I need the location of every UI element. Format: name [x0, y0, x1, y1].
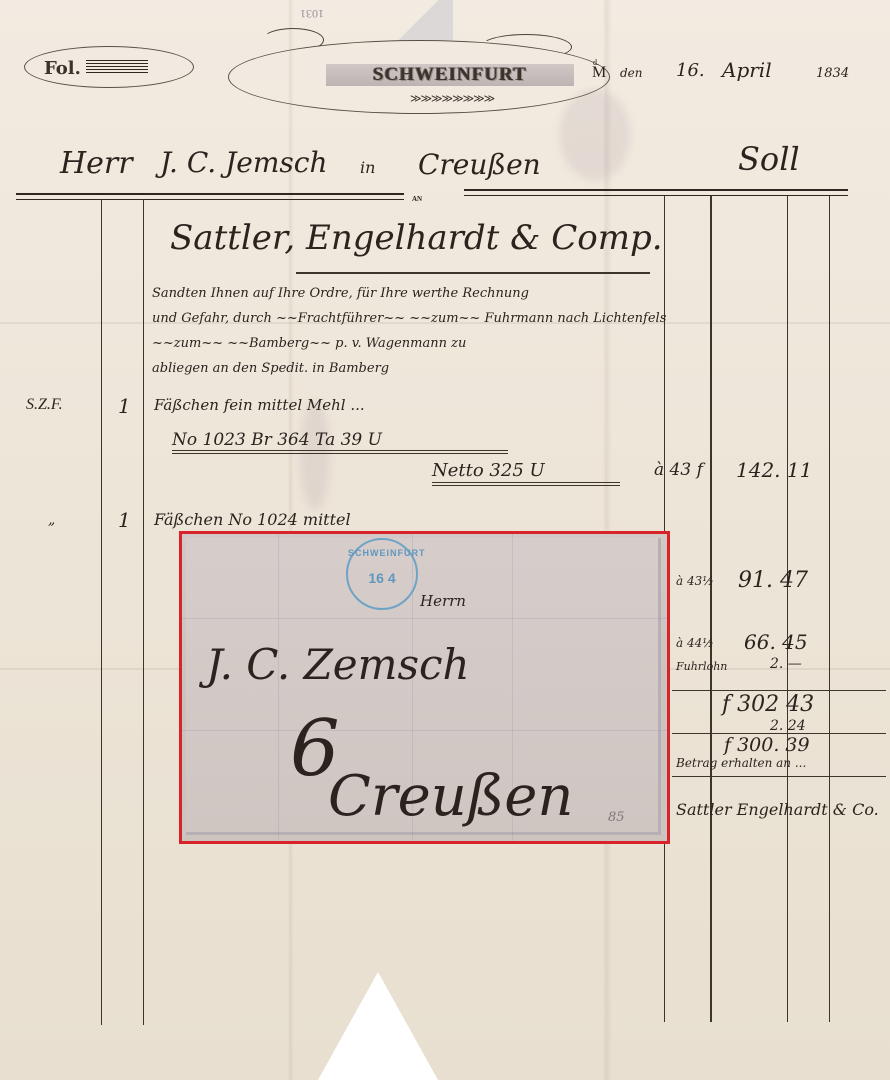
item-description: Fäßchen No 1024 mittel	[154, 510, 351, 529]
item-rate: à 43½	[676, 574, 714, 588]
date-prefix: den	[620, 66, 643, 80]
signature: Sattler Engelhardt & Co.	[676, 800, 879, 819]
header-rule-right	[464, 189, 848, 196]
item-qty: 1	[118, 508, 131, 532]
item-rate: à 44½	[676, 636, 714, 650]
intro-line: und Gefahr, durch ~~Frachtführer~~ ~~zum…	[152, 311, 666, 326]
item-amount: 91. 47	[738, 568, 808, 593]
item-rate: à 43 f	[654, 460, 703, 480]
netto-underline	[432, 485, 620, 486]
intro-line: ~~zum~~ ~~Bamberg~~ p. v. Wagenmann zu	[152, 336, 466, 351]
an-label: AN	[412, 195, 422, 203]
addressee-salutation: Herr	[60, 146, 133, 181]
item-amount: 142. 11	[736, 458, 812, 482]
item-detail: No 1023 Br 364 Ta 39 U	[172, 430, 382, 450]
item-description: Fäßchen fein mittel Mehl ...	[154, 396, 365, 414]
total-rule	[672, 690, 886, 691]
receipt-note: Betrag erhalten an ...	[676, 756, 806, 770]
postmark-stamp: SCHWEINFURT 16 4	[346, 538, 418, 610]
firm-name: Sattler, Engelhardt & Comp.	[170, 218, 663, 258]
cover-recipient: J. C. Zemsch	[206, 640, 470, 689]
date-month: April	[722, 58, 772, 82]
item-amount: 2. —	[770, 656, 802, 672]
total-rule	[672, 776, 886, 777]
addressee-name: J. C. Jemsch	[160, 146, 328, 179]
intro-line: Sandten Ihnen auf Ihre Ordre, für Ihre w…	[152, 286, 529, 301]
postmark-date: 16 4	[348, 570, 416, 586]
detail-underline	[172, 453, 508, 454]
city-banner: SCHWEINFURT	[326, 64, 574, 86]
addressee-place: Creußen	[418, 148, 541, 181]
flourish	[262, 28, 324, 52]
item-netto: Netto 325 U	[432, 460, 545, 481]
column-line-kr	[829, 196, 830, 1022]
paper-tear-top	[383, 0, 453, 40]
item-amount: 66. 45	[744, 630, 808, 654]
cover-salutation: Herrn	[420, 592, 466, 610]
folio-label: Fol.	[44, 58, 81, 79]
cover-place: Creußen	[328, 764, 573, 829]
folio-number-field	[86, 60, 148, 74]
column-line-qty	[143, 199, 144, 1025]
column-line-rate	[710, 196, 712, 1022]
ink-bleed-stain	[560, 90, 630, 180]
header-rule-left	[16, 193, 404, 200]
column-line-amount	[787, 196, 788, 1022]
date-year: 1834	[816, 66, 849, 81]
grand-total: f 300. 39	[724, 734, 810, 756]
deduction: 2. 24	[770, 718, 806, 734]
debit-label: Soll	[738, 140, 800, 178]
show-through-line	[182, 730, 667, 731]
detail-underline	[172, 450, 508, 451]
firm-underline	[296, 272, 650, 274]
item-qty: 1	[118, 394, 131, 418]
flourish	[480, 34, 572, 60]
cover-letter-panel: SCHWEINFURT 16 4 Herrn J. C. Zemsch 6 Cr…	[179, 531, 670, 844]
addressee-prep: in	[360, 158, 375, 177]
column-line-mark	[101, 199, 102, 1025]
ink-bleed-stain	[300, 400, 330, 510]
subtotal: f 302 43	[722, 692, 814, 717]
laurel-ornament: ≫≫≫≫≫≫≫≫	[410, 92, 494, 105]
city-suffix: M	[592, 64, 606, 82]
item-mark: S.Z.F.	[26, 396, 63, 414]
pencil-note: 85	[608, 810, 625, 825]
show-through-line	[182, 618, 667, 619]
intro-line: abliegen an den Spedit. in Bamberg	[152, 361, 389, 376]
item-label: Fuhrlohn	[676, 660, 727, 673]
date-day: 16.	[676, 60, 705, 81]
netto-underline	[432, 482, 620, 483]
item-mark: „	[48, 512, 55, 528]
paper-tear-notch	[318, 972, 438, 1080]
archive-mark: 1031	[300, 6, 324, 21]
postmark-text: SCHWEINFURT	[348, 548, 416, 558]
